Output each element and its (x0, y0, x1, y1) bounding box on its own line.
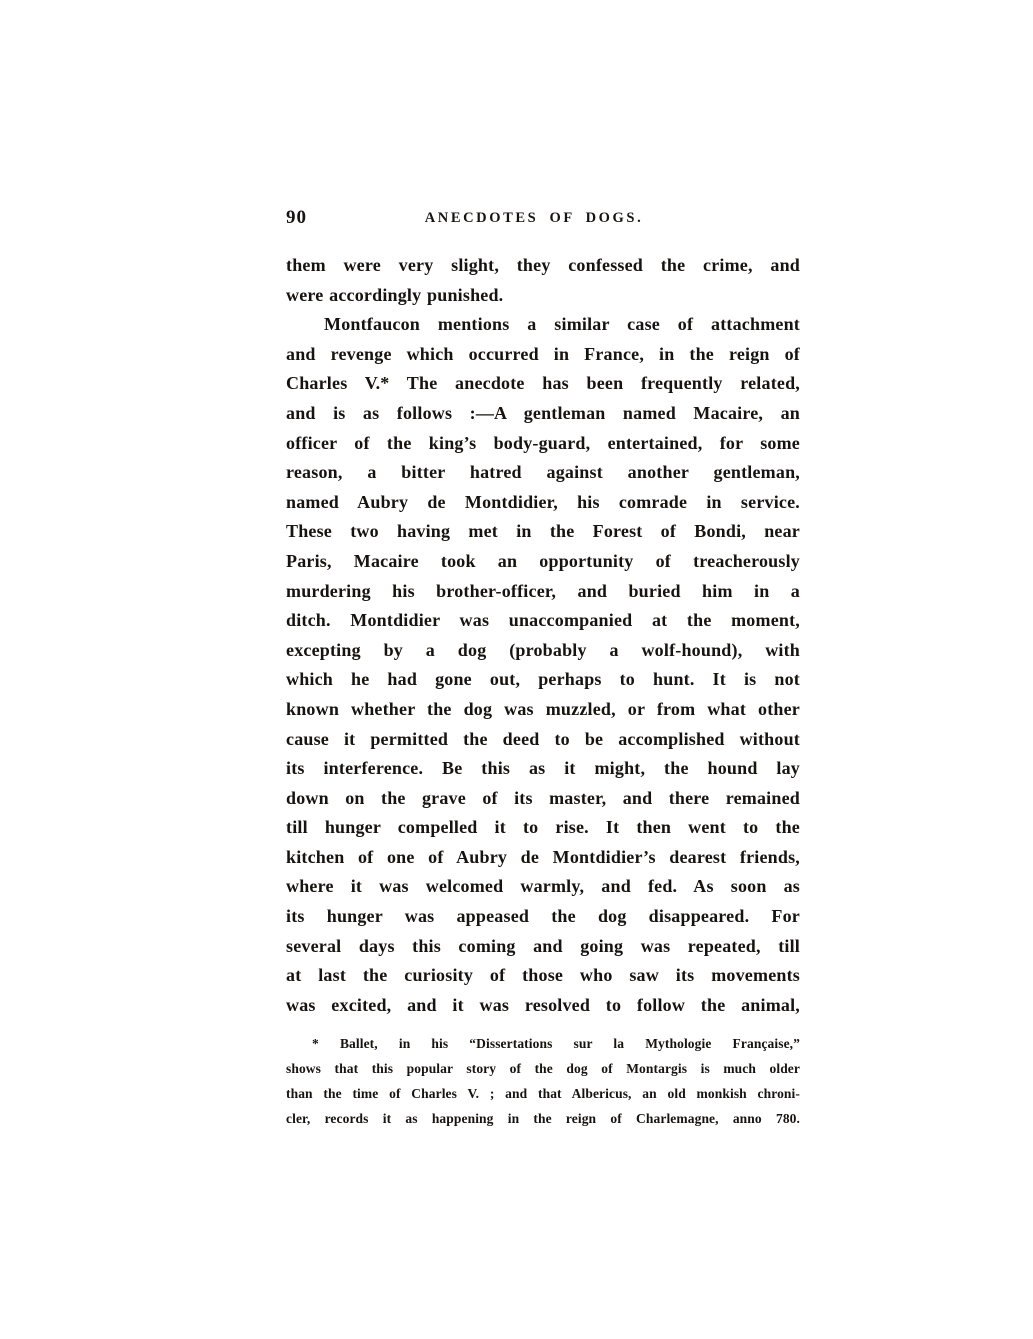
body-text: them were very slight, they confessed th… (286, 251, 800, 1020)
body-text-line: kitchen of one of Aubry de Montdidier’s … (286, 843, 800, 873)
body-text-line: reason, a bitter hatred against another … (286, 458, 800, 488)
body-text-line: where it was welcomed warmly, and fed. A… (286, 872, 800, 902)
body-text-line: them were very slight, they confessed th… (286, 251, 800, 281)
body-text-line: down on the grave of its master, and the… (286, 784, 800, 814)
body-text-line: ditch. Montdidier was unaccompanied at t… (286, 606, 800, 636)
footnote-line: cler, records it as happening in the rei… (286, 1106, 800, 1131)
body-text-line: its interference. Be this as it might, t… (286, 754, 800, 784)
page-header: 90 ANECDOTES OF DOGS. (286, 207, 800, 233)
body-text-line: Paris, Macaire took an opportunity of tr… (286, 547, 800, 577)
footnote: * Ballet, in his “Dissertations sur la M… (286, 1031, 800, 1131)
body-text-line: officer of the king’s body-guard, entert… (286, 429, 800, 459)
body-text-line: Montfaucon mentions a similar case of at… (286, 310, 800, 340)
body-text-line: and revenge which occurred in France, in… (286, 340, 800, 370)
body-text-line: These two having met in the Forest of Bo… (286, 517, 800, 547)
body-text-line: and is as follows :—A gentleman named Ma… (286, 399, 800, 429)
body-text-line: named Aubry de Montdidier, his comrade i… (286, 488, 800, 518)
body-text-line: was excited, and it was resolved to foll… (286, 991, 800, 1021)
body-text-line: at last the curiosity of those who saw i… (286, 961, 800, 991)
running-title: ANECDOTES OF DOGS. (286, 210, 782, 227)
footnote-line: than the time of Charles V. ; and that A… (286, 1081, 800, 1106)
body-text-line: excepting by a dog (probably a wolf-houn… (286, 636, 800, 666)
body-text-line: its hunger was appeased the dog disappea… (286, 902, 800, 932)
body-text-line: till hunger compelled it to rise. It the… (286, 813, 800, 843)
body-text-line: known whether the dog was muzzled, or fr… (286, 695, 800, 725)
body-text-line: which he had gone out, perhaps to hunt. … (286, 665, 800, 695)
body-text-line: several days this coming and going was r… (286, 932, 800, 962)
body-text-line: Charles V.* The anecdote has been freque… (286, 369, 800, 399)
footnote-line: shows that this popular story of the dog… (286, 1056, 800, 1081)
body-text-line: were accordingly punished. (286, 281, 800, 311)
body-text-line: murdering his brother-officer, and burie… (286, 577, 800, 607)
book-page: 90 ANECDOTES OF DOGS. them were very sli… (0, 0, 1033, 1339)
footnote-line: * Ballet, in his “Dissertations sur la M… (286, 1031, 800, 1056)
body-text-line: cause it permitted the deed to be accomp… (286, 725, 800, 755)
